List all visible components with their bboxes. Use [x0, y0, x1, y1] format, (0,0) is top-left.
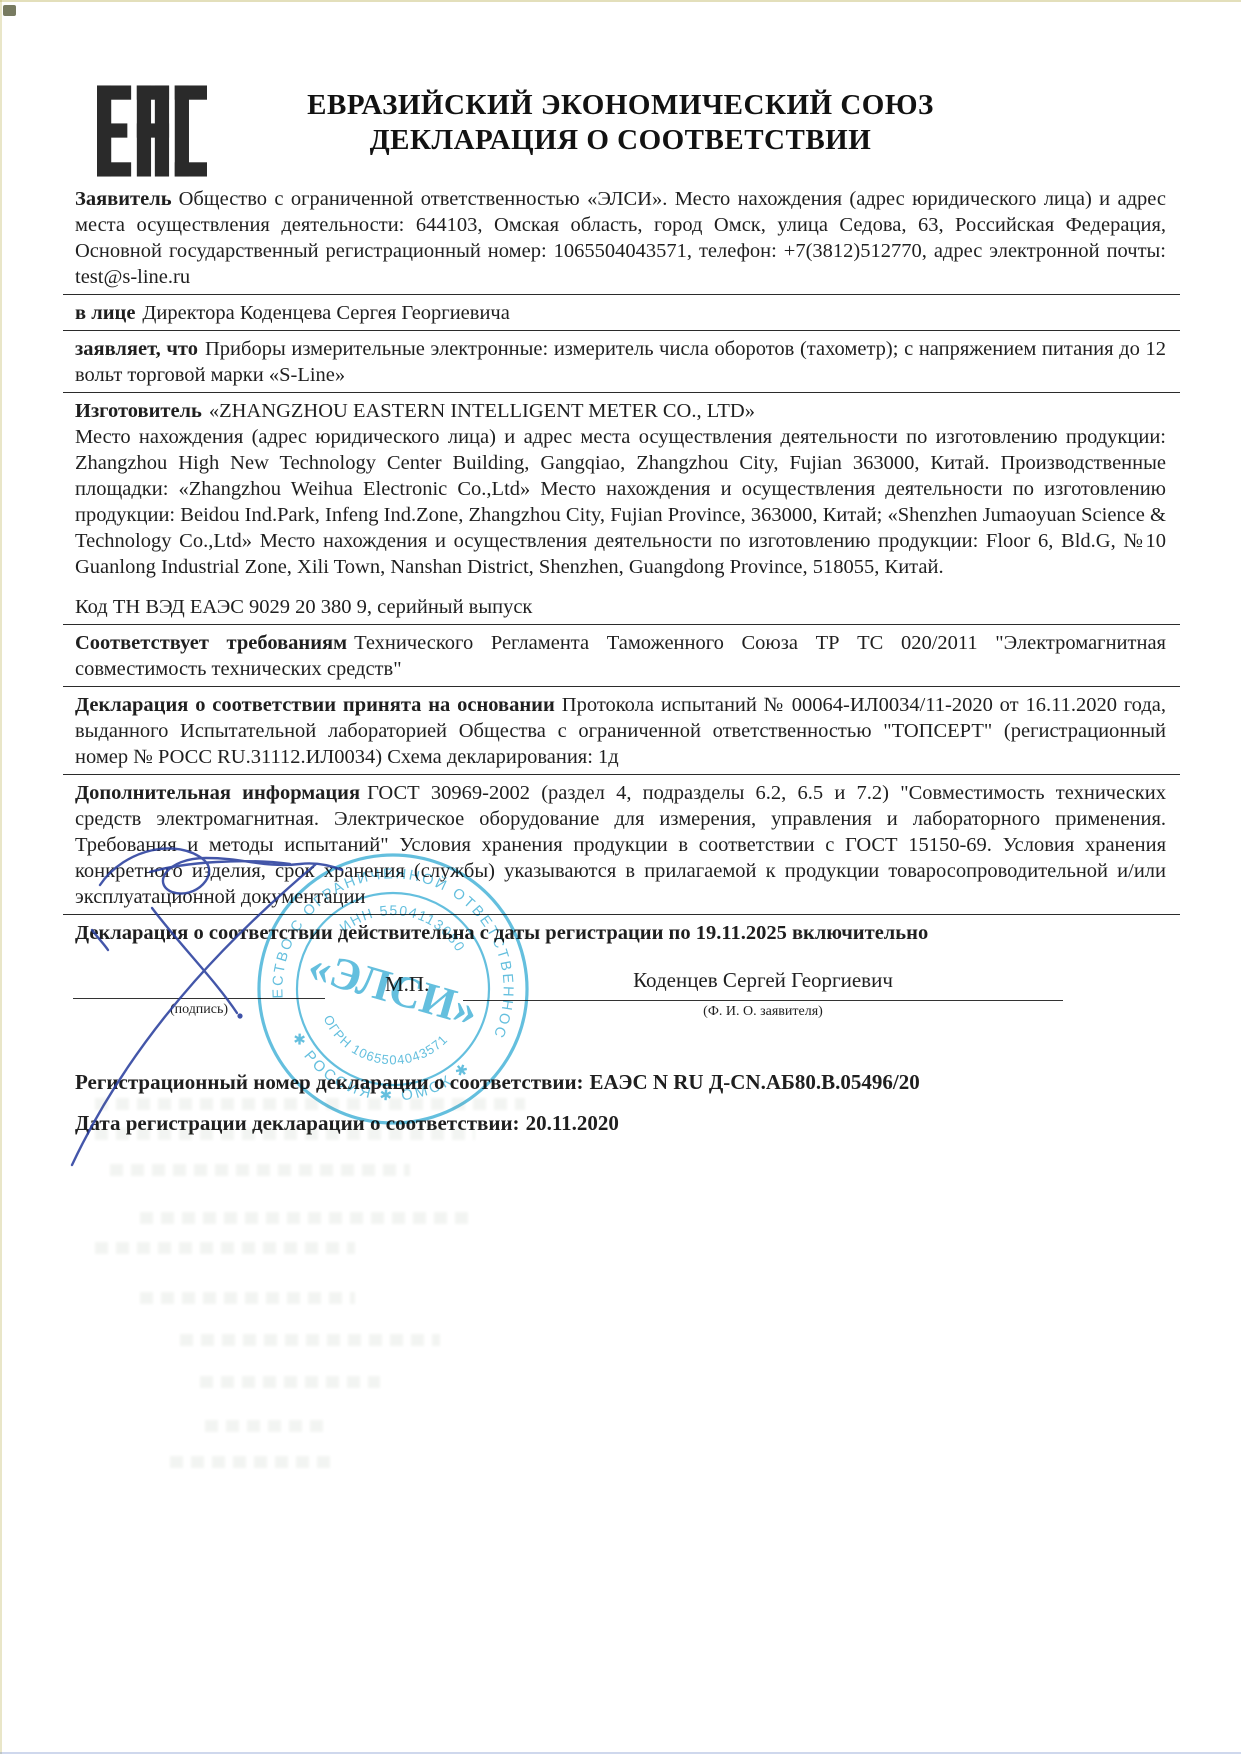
manufacturer-address: Место нахождения (адрес юридического лиц… [75, 424, 1166, 580]
applicant-text: Общество с ограниченной ответственностью… [75, 188, 1166, 288]
signature-area: (подпись) М.П. Коденцев Сергей Георгиеви… [63, 952, 1180, 1070]
section-additional-info: Дополнительная информацияГОСТ 30969-2002… [63, 780, 1180, 915]
person-text: Директора Коденцева Сергея Георгиевича [142, 302, 509, 324]
signer-name-line [463, 1000, 1063, 1001]
scan-artifact [95, 1242, 355, 1254]
applicant-label: Заявитель [75, 188, 172, 210]
compliance-label: Соответствует требованиям [75, 632, 347, 654]
scan-edge-left [0, 0, 2, 1754]
registration-number-line: Регистрационный номер декларации о соотв… [63, 1070, 1180, 1095]
declares-text: Приборы измерительные электронные: измер… [75, 338, 1166, 386]
manufacturer-name-line: Изготовитель«ZHANGZHOU EASTERN INTELLIGE… [75, 398, 1166, 424]
section-tnved: Код ТН ВЭД ЕАЭС 9029 20 380 9, серийный … [63, 594, 1180, 625]
section-validity: Декларация о соответствии действительна … [63, 920, 1180, 946]
stamp-place-mark: М.П. [385, 972, 429, 997]
person-label: в лице [75, 302, 135, 324]
section-basis: Декларация о соответствии принята на осн… [63, 692, 1180, 775]
signer-name: Коденцев Сергей Георгиевич [463, 968, 1063, 993]
signature-line [73, 998, 325, 999]
scan-artifact [3, 5, 16, 16]
manufacturer-label: Изготовитель [75, 400, 202, 422]
section-applicant: ЗаявительОбщество с ограниченной ответст… [63, 186, 1180, 295]
validity-text: Декларация о соответствии действительна … [75, 922, 928, 944]
scan-artifact [140, 1292, 355, 1304]
declares-label: заявляет, что [75, 338, 198, 360]
signature-caption: (подпись) [73, 1002, 325, 1018]
section-person: в лицеДиректора Коденцева Сергея Георгие… [63, 300, 1180, 331]
registration-number-value: ЕАЭС N RU Д-CN.АБ80.В.05496/20 [590, 1070, 920, 1094]
registration-number-label: Регистрационный номер декларации о соотв… [75, 1070, 584, 1094]
scan-artifact [95, 1128, 475, 1140]
document-title: ЕВРАЗИЙСКИЙ ЭКОНОМИЧЕСКИЙ СОЮЗ ДЕКЛАРАЦИ… [20, 88, 1221, 158]
section-declares: заявляет, чтоПриборы измерительные элект… [63, 336, 1180, 393]
signer-caption: (Ф. И. О. заявителя) [463, 1004, 1063, 1020]
scan-edge-top [0, 0, 1241, 2]
additional-info-label: Дополнительная информация [75, 782, 360, 804]
scan-artifact [110, 1164, 410, 1176]
scan-artifact [140, 1212, 470, 1224]
scan-artifact [205, 1420, 325, 1432]
scan-artifact [200, 1376, 380, 1388]
document-body: ЗаявительОбщество с ограниченной ответст… [63, 186, 1180, 1136]
title-union: ЕВРАЗИЙСКИЙ ЭКОНОМИЧЕСКИЙ СОЮЗ [20, 88, 1221, 123]
section-compliance: Соответствует требованиямТехнического Ре… [63, 630, 1180, 687]
registration-date-value: 20.11.2020 [526, 1111, 619, 1135]
tnved-text: Код ТН ВЭД ЕАЭС 9029 20 380 9, серийный … [75, 596, 532, 618]
section-manufacturer: Изготовитель«ZHANGZHOU EASTERN INTELLIGE… [63, 398, 1180, 580]
manufacturer-name: «ZHANGZHOU EASTERN INTELLIGENT METER CO.… [209, 400, 755, 422]
scan-artifact [95, 1098, 525, 1110]
title-declaration: ДЕКЛАРАЦИЯ О СООТВЕТСТВИИ [20, 123, 1221, 158]
scan-artifact [180, 1334, 440, 1346]
scan-artifact [170, 1456, 330, 1468]
basis-label: Декларация о соответствии принята на осн… [75, 694, 555, 716]
